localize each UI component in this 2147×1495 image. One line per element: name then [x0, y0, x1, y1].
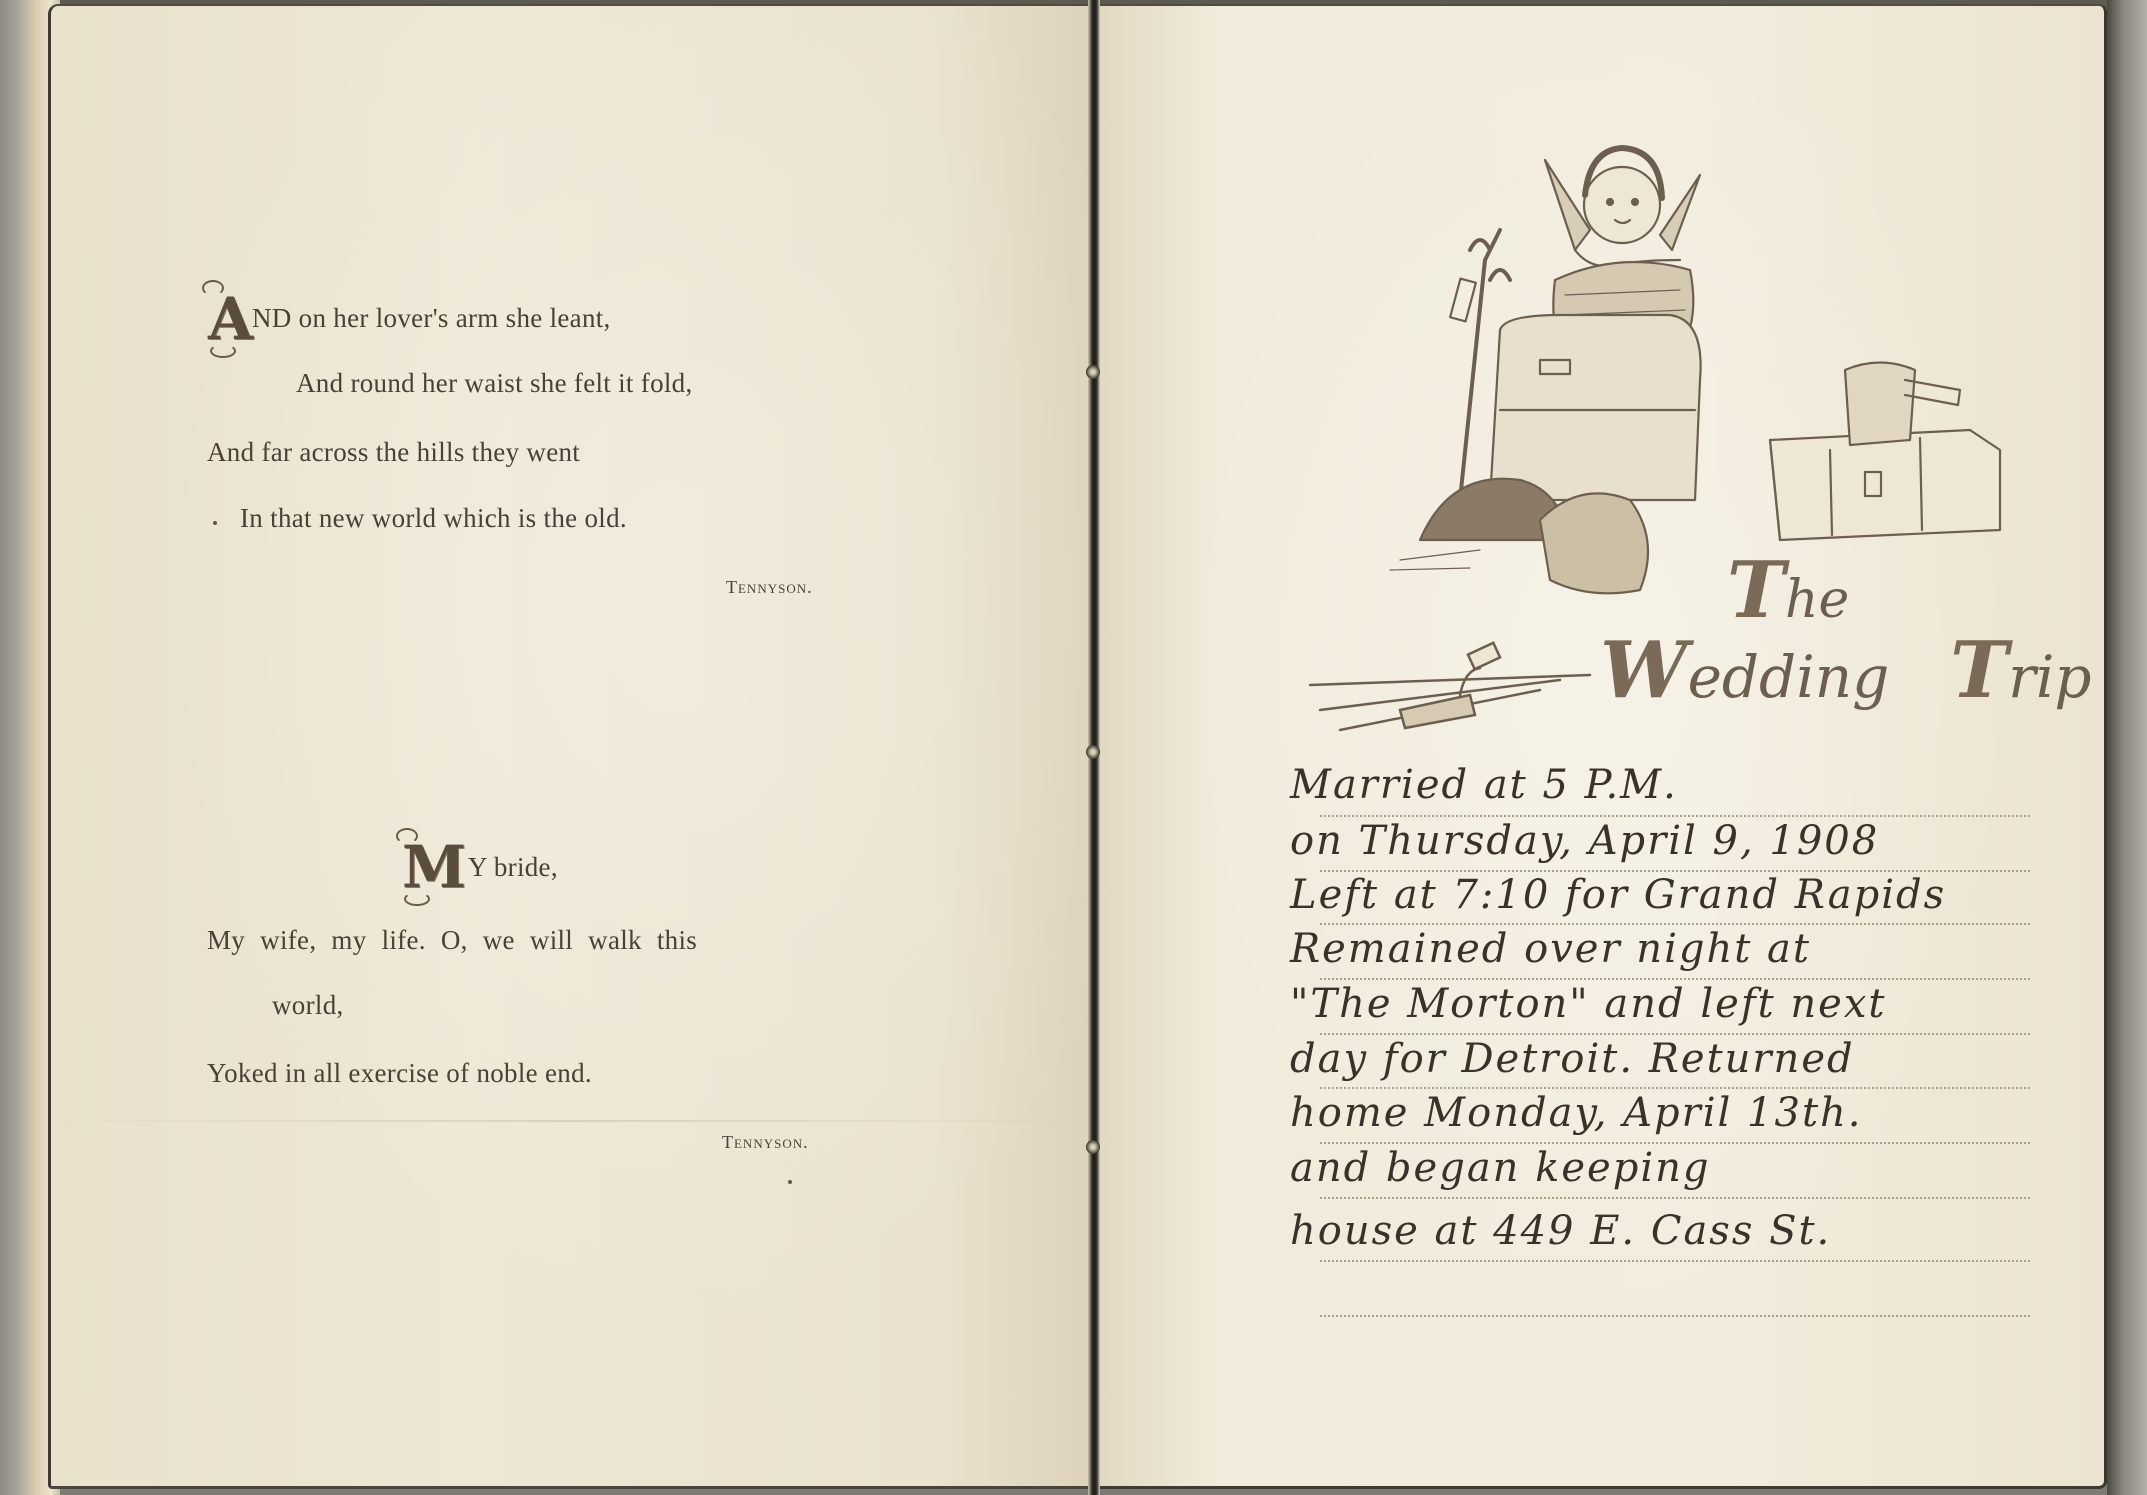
binding-stitch	[1086, 745, 1100, 759]
ruled-line	[1320, 1315, 2030, 1317]
ruled-line	[1320, 1033, 2030, 1035]
handwritten-line-9: house at 449 E. Cass St.	[1290, 1208, 1831, 1254]
poem2-attribution: Tennyson.	[722, 1132, 809, 1153]
ruled-line	[1320, 923, 2030, 925]
handwritten-line-8: and began keeping	[1290, 1145, 1710, 1191]
poem1-line-3: And far across the hills they went	[207, 437, 580, 468]
poem2-line-1: Y bride,	[468, 852, 558, 883]
binding-stitch	[1086, 365, 1100, 379]
cherub-luggage-illustration	[1360, 120, 2040, 620]
page-fold-crease	[48, 1120, 1088, 1122]
handwritten-line-4: Remained over night at	[1290, 926, 1811, 972]
handwritten-line-3: Left at 7:10 for Grand Rapids	[1290, 872, 1946, 918]
ruled-line	[1320, 1087, 2030, 1089]
book-cover-right-edge	[2107, 0, 2147, 1495]
ruled-line	[1320, 1260, 2030, 1262]
poem1-line-1: ND on her lover's arm she leant,	[252, 303, 611, 334]
handwritten-line-2: on Thursday, April 9, 1908	[1290, 818, 1879, 864]
poem1-attribution: Tennyson.	[726, 577, 813, 598]
poem2-line-3: world,	[272, 990, 344, 1021]
ruled-line	[1320, 1197, 2030, 1199]
poem2-line-2: My wife, my life. O, we will walk this	[207, 925, 697, 956]
dropcap-m: M	[402, 838, 467, 896]
binding-stitch	[1086, 1140, 1100, 1154]
ink-speck	[213, 521, 217, 525]
left-page	[48, 4, 1094, 1489]
handwritten-line-6: day for Detroit. Returned	[1290, 1036, 1855, 1082]
ruled-line	[1320, 815, 2030, 817]
poem2-line-4: Yoked in all exercise of noble end.	[207, 1058, 592, 1089]
poem1-line-2: And round her waist she felt it fold,	[296, 368, 693, 399]
bundled-canes-icon	[1300, 640, 1600, 750]
handwritten-line-7: home Monday, April 13th.	[1290, 1090, 1863, 1136]
title-the: The	[1727, 545, 1849, 636]
handwritten-line-5: "The Morton" and left next	[1290, 981, 1886, 1027]
ruled-line	[1320, 978, 2030, 980]
ink-speck	[788, 1180, 792, 1184]
dropcap-a: A	[208, 290, 253, 348]
poem1-line-4: In that new world which is the old.	[240, 503, 627, 534]
handwritten-line-1: Married at 5 P.M.	[1290, 762, 1678, 808]
title-wedding-trip: Wedding Trip	[1600, 625, 2092, 716]
ruled-line	[1320, 1142, 2030, 1144]
